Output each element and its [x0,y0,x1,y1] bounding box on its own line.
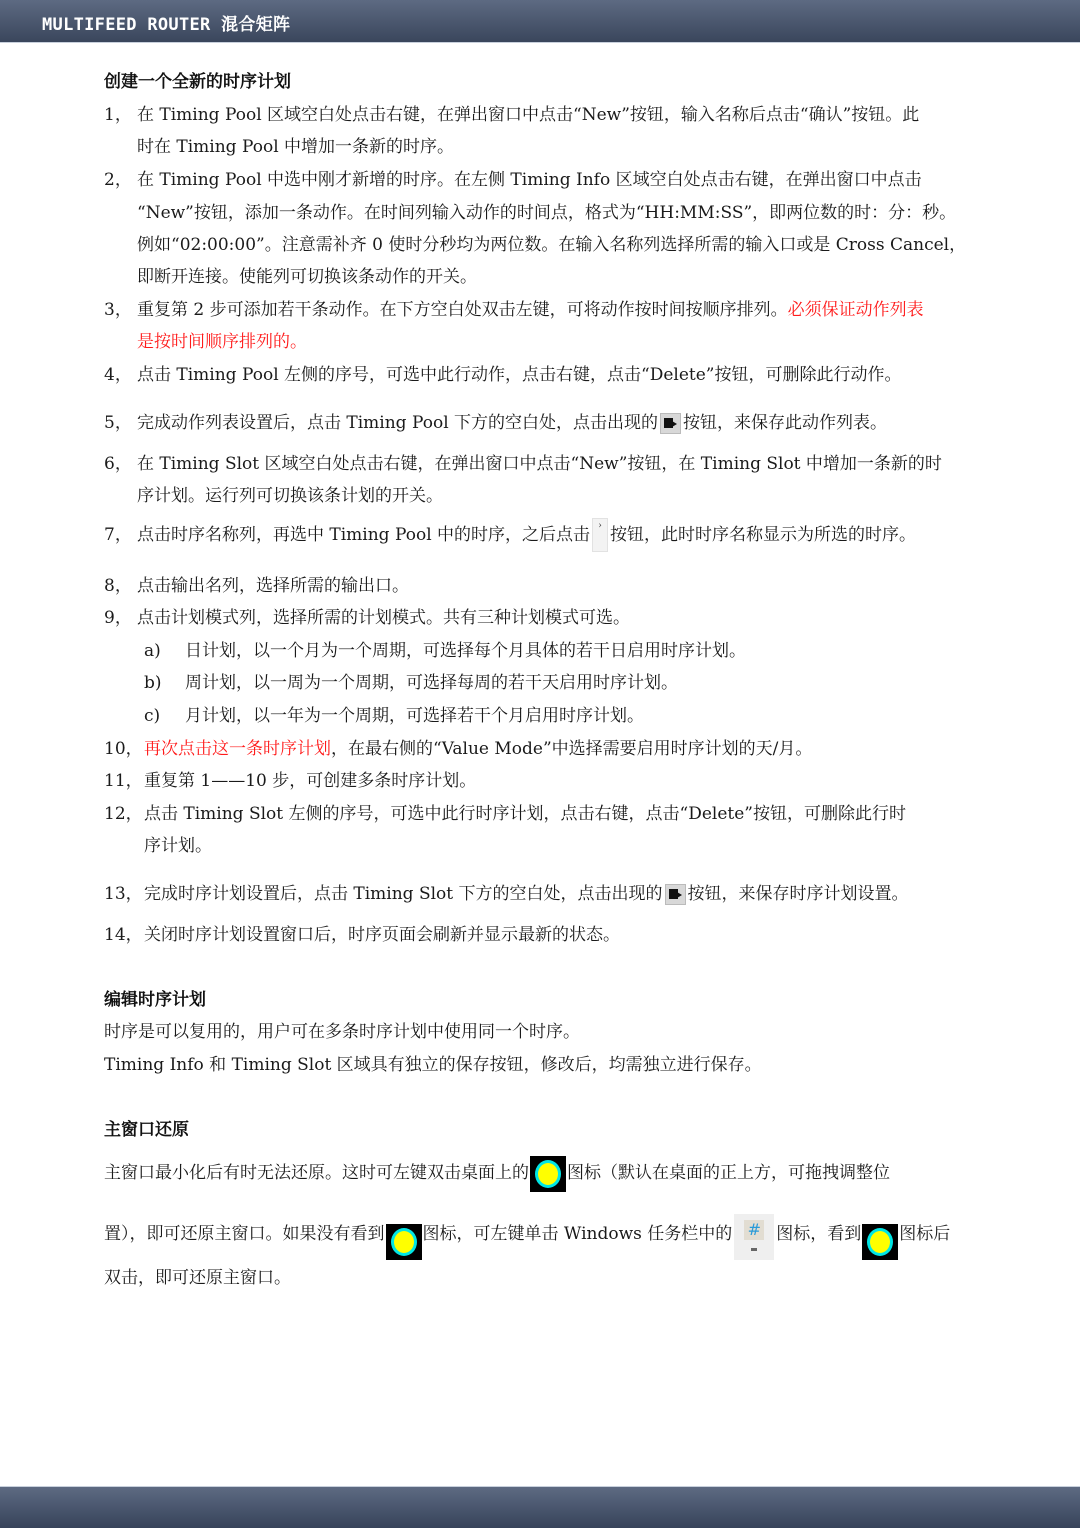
step-12: 12，点击 Timing Slot 左侧的序号，可选中此行时序计划，点击右键，点… [104,802,906,826]
restore-paragraph-2: 置），即可还原主窗口。如果没有看到图标，可左键单击 Windows 任务栏中的图… [104,1208,950,1260]
step-6: 6，在 Timing Slot 区域空白处点击右键，在弹出窗口中点击“New”按… [104,452,942,476]
edit-paragraph-2: Timing Info 和 Timing Slot 区域具有独立的保存按钮，修改… [104,1053,762,1077]
page-header: MULTIFEED ROUTER 混合矩阵 [0,0,1080,43]
step-2-cont-3: 即断开连接。使能列可切换该条动作的开关。 [137,265,477,289]
step-1: 1，在 Timing Pool 区域空白处点击右键，在弹出窗口中点击“New”按… [104,103,919,127]
step-2-cont-1: “New”按钮，添加一条动作。在时间列输入动作的时间点，格式为“HH:MM:SS… [137,201,956,225]
step-9-option-a: a)日计划，以一个月为一个周期，可选择每个月具体的若干日启用时序计划。 [144,639,746,663]
step-12-cont: 序计划。 [144,834,212,858]
save-icon [665,884,686,905]
page-footer [0,1486,1080,1528]
step-11: 11，重复第 1——10 步，可创建多条时序计划。 [104,769,476,793]
edit-paragraph-1: 时序是可以复用的，用户可在多条时序计划中使用同一个时序。 [104,1020,580,1044]
step-5: 5，完成动作列表设置后，点击 Timing Pool 下方的空白处，点击出现的按… [104,411,887,435]
step-13: 13，完成时序计划设置后，点击 Timing Slot 下方的空白处，点击出现的… [104,882,909,906]
step-2: 2，在 Timing Pool 中选中刚才新增的时序。在左侧 Timing In… [104,168,922,192]
arrow-right-button-icon: › [592,518,608,552]
section-title-edit: 编辑时序计划 [104,988,206,1012]
step-9-option-c: c)月计划，以一年为一个周期，可选择若干个月启用时序计划。 [144,704,644,728]
step-3: 3，重复第 2 步可添加若干条动作。在下方空白处双击左键，可将动作按时间按顺序排… [104,298,924,322]
step-4: 4，点击 Timing Pool 左侧的序号，可选中此行动作，点击右键，点击“D… [104,363,902,387]
step-6-cont: 序计划。运行列可切换该条计划的开关。 [137,484,443,508]
section-title-restore: 主窗口还原 [104,1118,189,1142]
warning-text: 必须保证动作列表 [788,300,924,320]
restore-paragraph-3: 双击，即可还原主窗口。 [104,1266,291,1290]
highlight-text: 再次点击这一条时序计划 [144,739,331,759]
step-14: 14，关闭时序计划设置窗口后，时序页面会刷新并显示最新的状态。 [104,923,620,947]
header-title: MULTIFEED ROUTER 混合矩阵 [42,10,290,35]
section-title-create: 创建一个全新的时序计划 [104,70,291,94]
step-9-option-b: b)周计划，以一周为一个周期，可选择每周的若干天启用时序计划。 [144,671,678,695]
restore-paragraph-1: 主窗口最小化后有时无法还原。这时可左键双击桌面上的图标（默认在桌面的正上方，可拖… [104,1154,890,1192]
step-7: 7，点击时序名称列，再选中 Timing Pool 中的时序，之后点击›按钮，此… [104,518,916,552]
app-restore-icon [530,1156,566,1192]
warning-text-cont: 是按时间顺序排列的。 [137,330,307,354]
step-8: 8，点击输出名列，选择所需的输出口。 [104,574,409,598]
step-9: 9，点击计划模式列，选择所需的计划模式。共有三种计划模式可选。 [104,606,630,630]
taskbar-tray-icon [734,1214,774,1260]
step-2-cont-2: 例如“02:00:00”。注意需补齐 0 使时分秒均为两位数。在输入名称列选择所… [137,233,966,257]
app-restore-icon [862,1224,898,1260]
save-icon [660,413,681,434]
app-restore-icon [386,1224,422,1260]
step-1-cont: 时在 Timing Pool 中增加一条新的时序。 [137,135,454,159]
step-10: 10，再次点击这一条时序计划，在最右侧的“Value Mode”中选择需要启用时… [104,737,812,761]
